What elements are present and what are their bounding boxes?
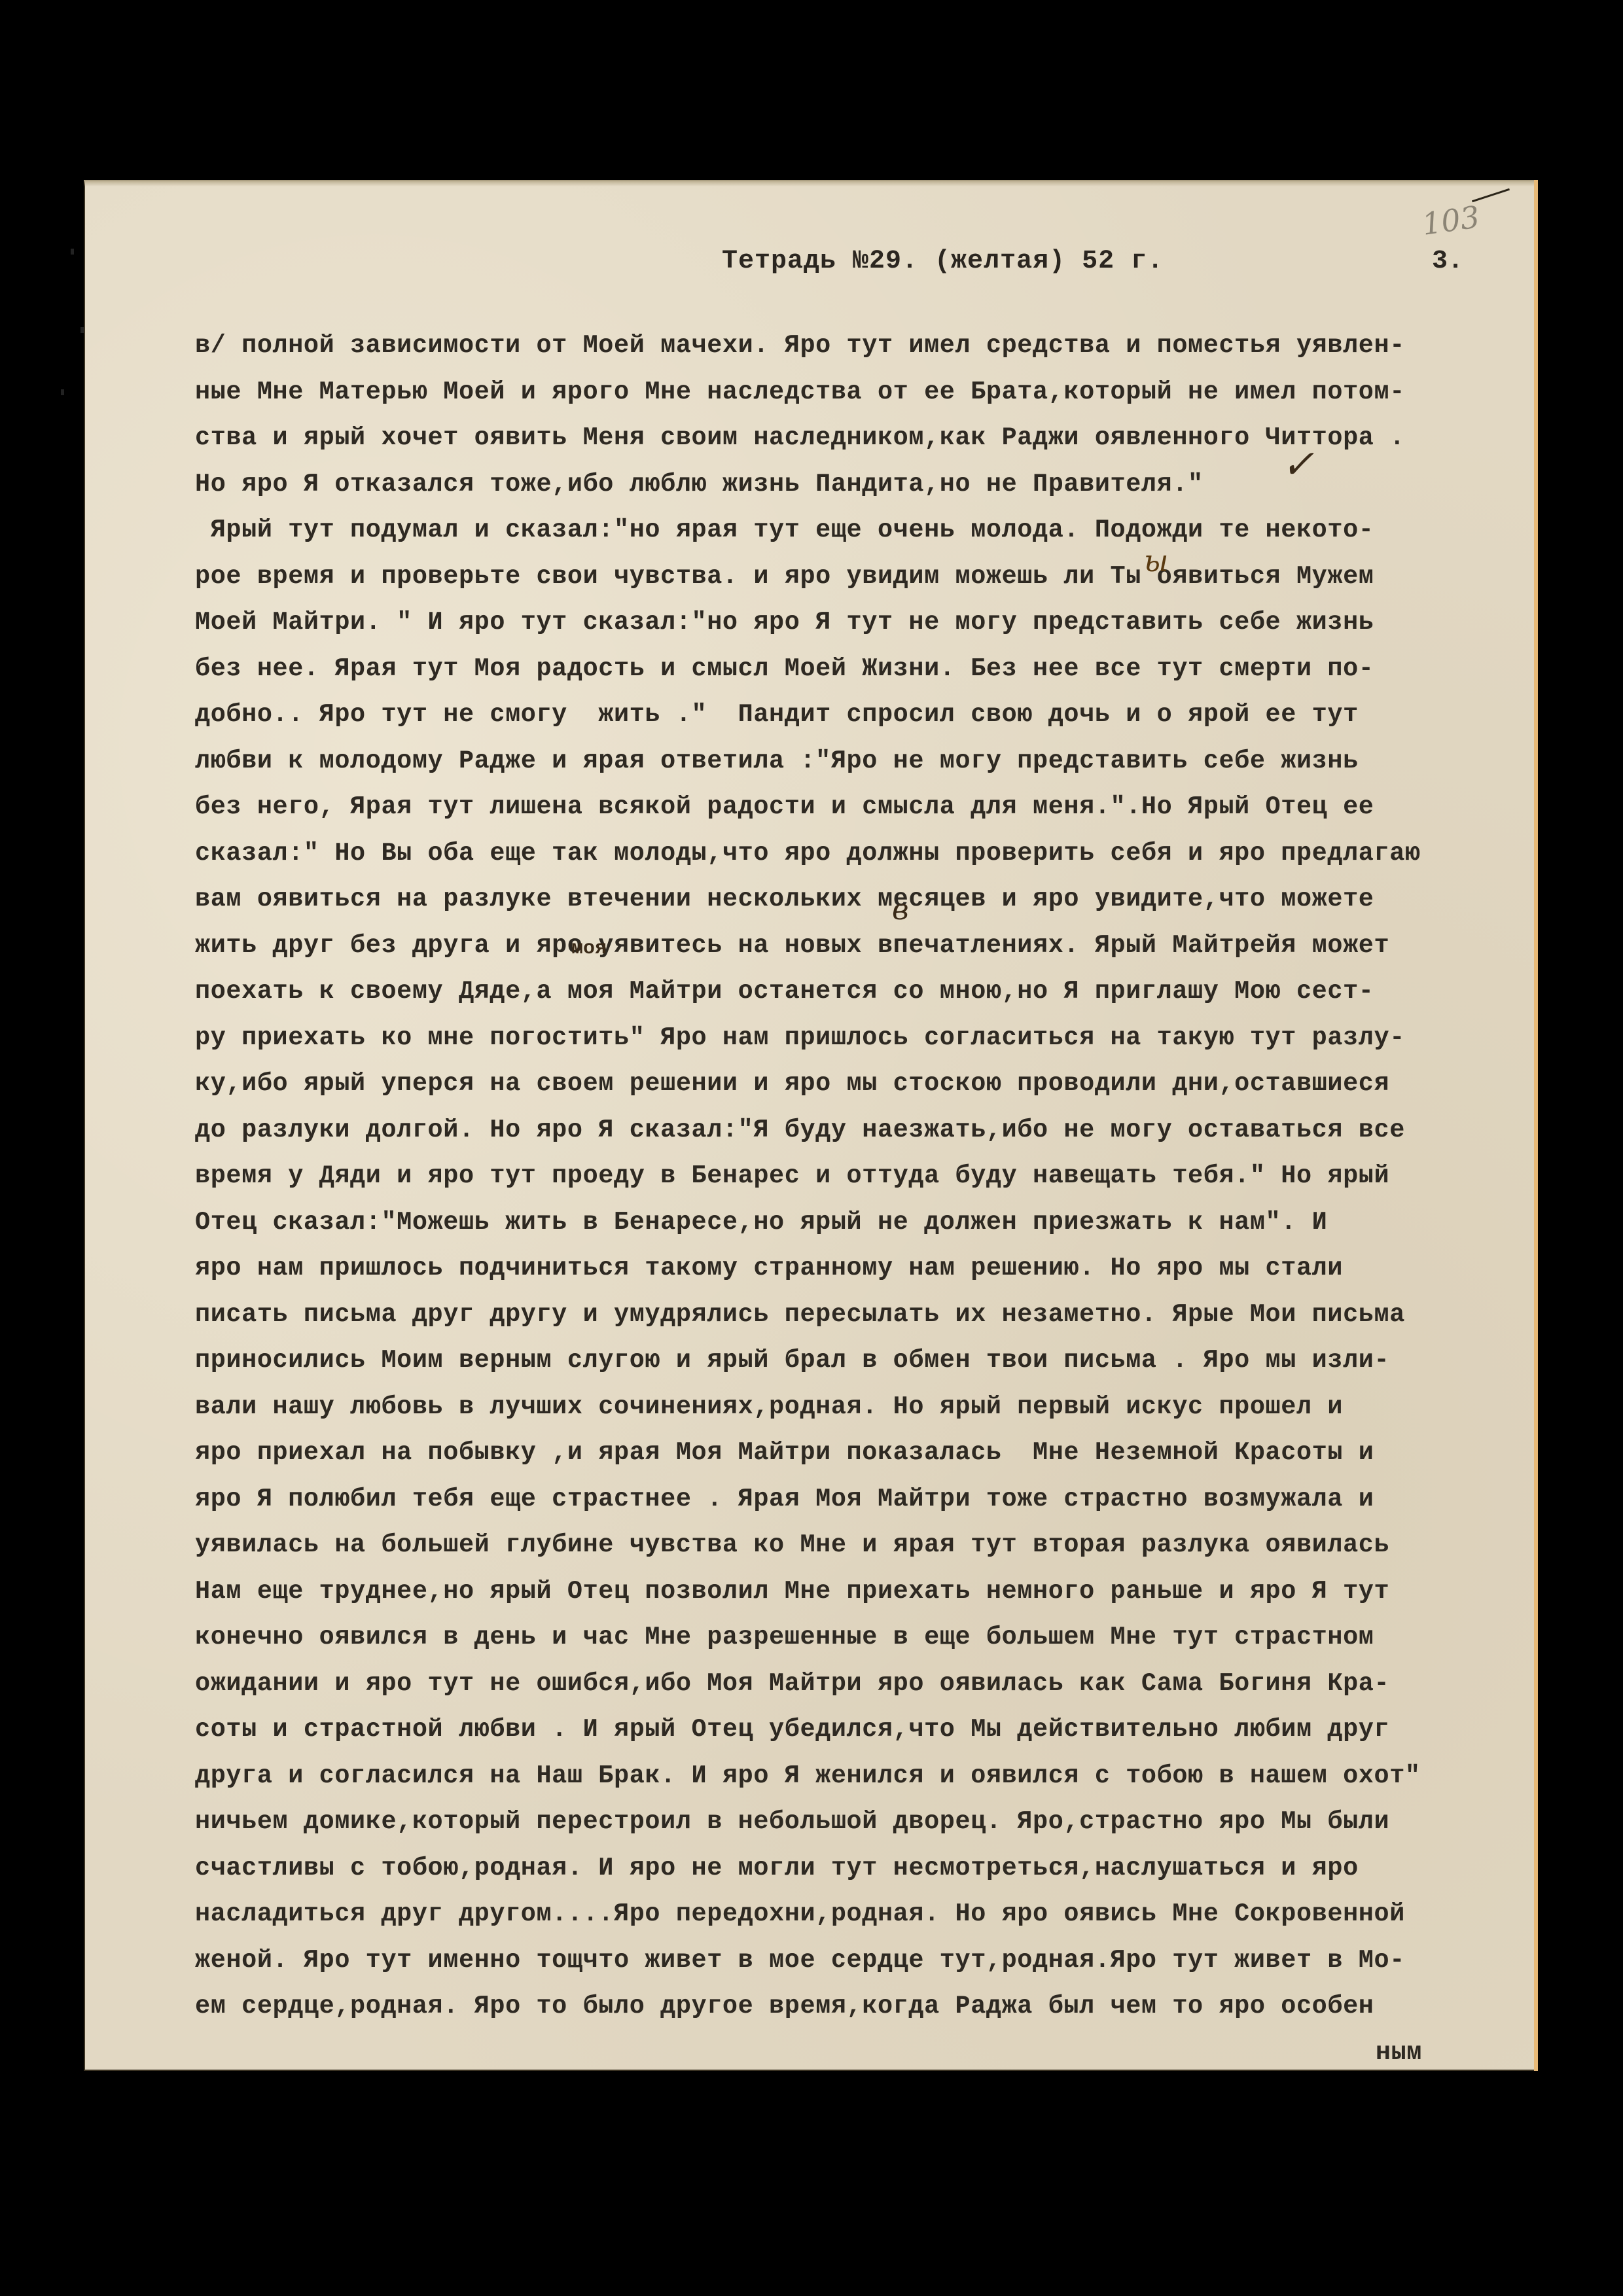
text-line: друга и согласился на Наш Брак. И яро Я … <box>195 1753 1530 1799</box>
archive-page-number: 103 <box>1420 199 1482 242</box>
page-number: 3. <box>1432 247 1463 276</box>
text-line: сказал:" Но Вы оба еще так молоды,что яр… <box>195 830 1530 877</box>
text-line: рое время и проверьте свои чувства. и яр… <box>195 554 1530 600</box>
text-line: вам оявиться на разлуке втечении несколь… <box>195 876 1530 923</box>
text-line: яро приехал на побывку ,и ярая Моя Майтр… <box>195 1430 1530 1476</box>
text-line: писать письма друг другу и умудрялись пе… <box>195 1292 1530 1338</box>
typed-body-text: в/ полной зависимости от Моей мачехи. Яр… <box>195 323 1530 2075</box>
text-line: без нее. Ярая тут Моя радость и смысл Мо… <box>195 646 1530 692</box>
text-line: Но яро Я отказался тоже,ибо люблю жизнь … <box>195 461 1530 508</box>
text-line: в/ полной зависимости от Моей мачехи. Яр… <box>195 323 1530 369</box>
text-line: ожидании и яро тут не ошибся,ибо Моя Май… <box>195 1661 1530 1707</box>
text-line: Отец сказал:"Можешь жить в Бенаресе,но я… <box>195 1199 1530 1246</box>
text-line: вали нашу любовь в лучших сочинениях,род… <box>195 1384 1530 1430</box>
text-line: женой. Яро тут именно тощчто живет в мое… <box>195 1937 1530 1984</box>
text-line: время у Дяди и яро тут проеду в Бенарес … <box>195 1153 1530 1199</box>
correction-annotation: в <box>892 893 909 927</box>
text-line: ем сердце,родная. Яро то было другое вре… <box>195 1983 1530 2030</box>
text-line: поехать к своему Дяде,а моя Майтри остан… <box>195 968 1530 1015</box>
text-line: яро Я полюбил тебя еще страстнее . Ярая … <box>195 1476 1530 1523</box>
margin-punch-mark <box>80 327 84 333</box>
text-line: ные Мне Матерью Моей и ярого Мне наследс… <box>195 369 1530 415</box>
text-line: любви к молодому Радже и ярая ответила :… <box>195 738 1530 785</box>
margin-punch-mark <box>61 389 64 395</box>
text-line: Нам еще труднее,но ярый Отец позволил Мн… <box>195 1568 1530 1615</box>
text-line: приносились Моим верным слугою и ярый бр… <box>195 1337 1530 1384</box>
text-line: конечно оявился в день и час Мне разреше… <box>195 1614 1530 1661</box>
document-page: 103 Тетрадь №29. (желтая) 52 г. 3. в/ по… <box>84 180 1538 2071</box>
text-line: насладиться друг другом....Яро передохни… <box>195 1891 1530 1937</box>
text-line: до разлуки долгой. Но яро Я сказал:"Я бу… <box>195 1107 1530 1154</box>
text-line: соты и страстной любви . И ярый Отец убе… <box>195 1706 1530 1753</box>
text-line: счастливы с тобою,родная. И яро не могли… <box>195 1845 1530 1892</box>
text-line: без него, Ярая тут лишена всякой радости… <box>195 784 1530 830</box>
text-line: Ярый тут подумал и сказал:"но ярая тут е… <box>195 507 1530 554</box>
text-line: Моей Майтри. " И яро тут сказал:"но яро … <box>195 599 1530 646</box>
text-line: добно.. Яро тут не смогу жить ." Пандит … <box>195 692 1530 738</box>
checkmark-annotation: ✓ <box>1281 442 1314 487</box>
margin-punch-mark <box>71 249 74 255</box>
text-line: ру приехать ко мне погостить" Яро нам пр… <box>195 1015 1530 1061</box>
correction-annotation: ы <box>1144 543 1168 578</box>
text-line: ку,ибо ярый уперся на своем решении и яр… <box>195 1061 1530 1107</box>
text-line: ничьем домике,который перестроил в небол… <box>195 1799 1530 1845</box>
text-line: ства и ярый хочет оявить Меня своим насл… <box>195 415 1530 461</box>
text-line: уявилась на большей глубине чувства ко М… <box>195 1522 1530 1568</box>
notebook-title: Тетрадь №29. (желтая) 52 г. <box>722 247 1164 276</box>
insertion-annotation: моя <box>571 938 607 960</box>
corner-pencil-mark <box>1472 188 1510 202</box>
text-line-continuation: ным <box>195 2030 1530 2076</box>
text-line: яро нам пришлось подчиниться такому стра… <box>195 1245 1530 1292</box>
text-line: жить друг без друга и яро уявитесь на но… <box>195 923 1530 969</box>
